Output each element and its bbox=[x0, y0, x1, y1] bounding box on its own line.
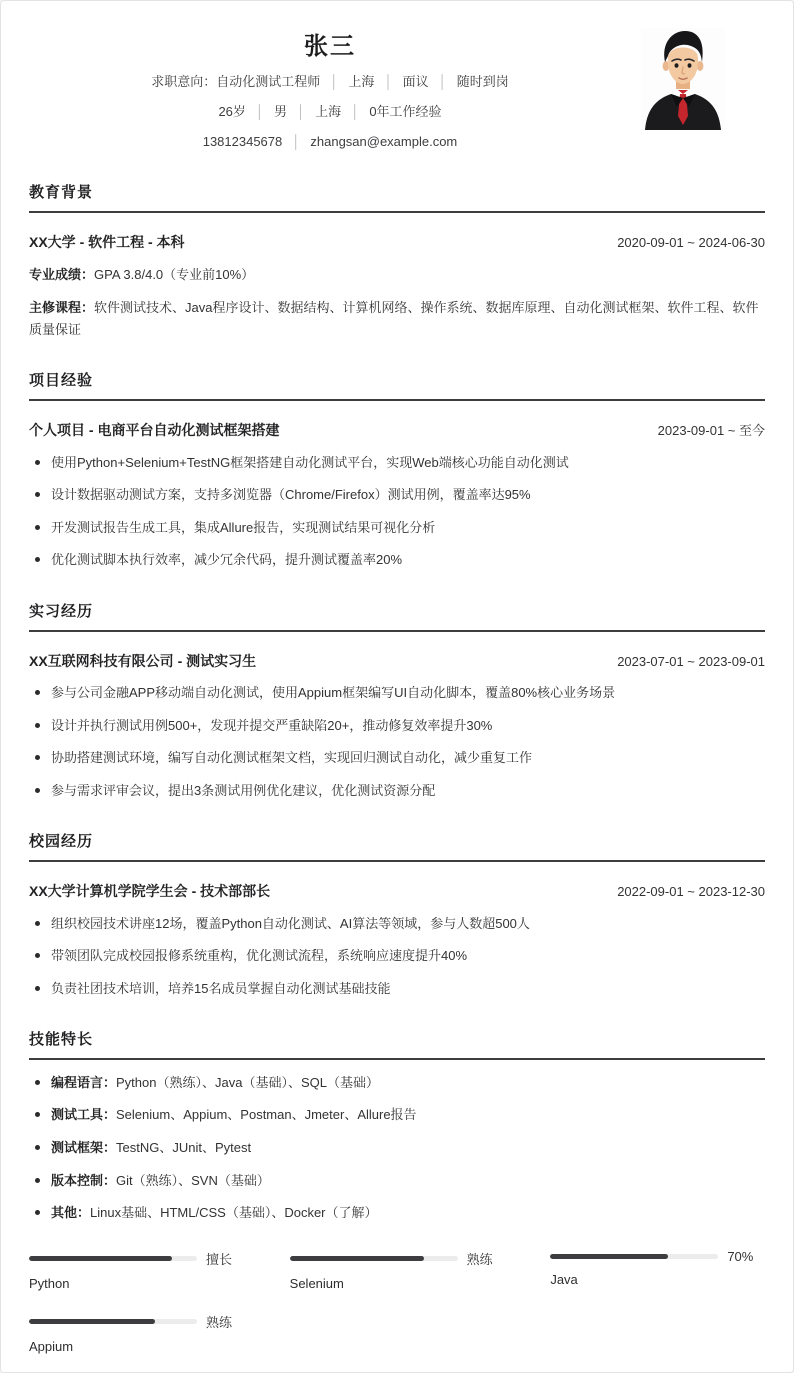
separator: │ bbox=[297, 104, 305, 119]
gender: 男 bbox=[274, 104, 287, 119]
email-address: zhangsan@example.com bbox=[310, 134, 457, 149]
bullet-text: 设计并执行测试用例500+，发现并提交严重缺陷20+，推动修复效率提升30% bbox=[51, 718, 492, 733]
list-item: 设计并执行测试用例500+，发现并提交严重缺陷20+，推动修复效率提升30% bbox=[29, 716, 765, 736]
contact-line-reach: 13812345678│zhangsan@example.com bbox=[29, 133, 631, 152]
project-bullet-list: 使用Python+Selenium+TestNG框架搭建自动化测试平台，实现We… bbox=[29, 453, 765, 571]
education-entry-head: XX大学 - 软件工程 - 本科 2020-09-01 ~ 2024-06-30 bbox=[29, 232, 765, 252]
section-projects: 项目经验 个人项目 - 电商平台自动化测试框架搭建 2023-09-01 ~ 至… bbox=[29, 369, 765, 571]
skill-bar-fill bbox=[29, 1319, 155, 1324]
skill-category-label: 其他： bbox=[51, 1205, 90, 1220]
candidate-name: 张三 bbox=[29, 31, 631, 62]
project-entry-date: 2023-09-01 ~ 至今 bbox=[658, 420, 765, 439]
campus-entry-title: XX大学计算机学院学生会 - 技术部部长 bbox=[29, 881, 270, 901]
campus-entry-head: XX大学计算机学院学生会 - 技术部部长 2022-09-01 ~ 2023-1… bbox=[29, 881, 765, 901]
skill-category-text: Selenium、Appium、Postman、Jmeter、Allure报告 bbox=[116, 1107, 417, 1122]
list-item: 带领团队完成校园报修系统重构，优化测试流程，系统响应速度提升40% bbox=[29, 946, 765, 966]
bullet-dot bbox=[35, 525, 40, 530]
education-gpa-line: 专业成绩：GPA 3.8/4.0（专业前10%） bbox=[29, 264, 765, 285]
skill-level-label: 擅长 bbox=[206, 1249, 232, 1268]
list-item: 参与需求评审会议，提出3条测试用例优化建议，优化测试资源分配 bbox=[29, 781, 765, 801]
skill-bar-fill bbox=[290, 1256, 424, 1261]
contact-line-intent: 求职意向：自动化测试工程师│上海│面议│随时到岗 bbox=[29, 73, 631, 92]
resume-page: 张三 求职意向：自动化测试工程师│上海│面议│随时到岗 26岁│男│上海│0年工… bbox=[0, 0, 794, 1373]
skill-level-label: 70% bbox=[727, 1249, 753, 1264]
bullet-dot bbox=[35, 986, 40, 991]
bullet-text: 带领团队完成校园报修系统重构，优化测试流程，系统响应速度提升40% bbox=[51, 948, 467, 963]
list-item: 负责社团技术培训，培养15名成员掌握自动化测试基础技能 bbox=[29, 979, 765, 999]
bar-row: 熟练 bbox=[29, 1312, 244, 1331]
list-item: 开发测试报告生成工具，集成Allure报告，实现测试结果可视化分析 bbox=[29, 518, 765, 538]
detail-label: 专业成绩： bbox=[29, 267, 94, 282]
contact-line-basic: 26岁│男│上海│0年工作经验 bbox=[29, 103, 631, 122]
skill-category-label: 测试工具： bbox=[51, 1107, 116, 1122]
skill-bar-track bbox=[29, 1319, 197, 1324]
bullet-dot bbox=[35, 460, 40, 465]
bullet-dot bbox=[35, 1080, 40, 1085]
list-item: 测试框架：TestNG、JUnit、Pytest bbox=[29, 1138, 765, 1158]
bullet-dot bbox=[35, 788, 40, 793]
bullet-dot bbox=[35, 953, 40, 958]
resume-header: 张三 求职意向：自动化测试工程师│上海│面议│随时到岗 26岁│男│上海│0年工… bbox=[29, 27, 765, 152]
section-heading-internship: 实习经历 bbox=[29, 600, 765, 632]
detail-text: GPA 3.8/4.0（专业前10%） bbox=[94, 267, 254, 282]
separator: │ bbox=[439, 74, 447, 89]
skill-level-label: 熟练 bbox=[467, 1249, 493, 1268]
skill-category-text: Linux基础、HTML/CSS（基础）、Docker（了解） bbox=[90, 1205, 378, 1220]
separator: │ bbox=[292, 134, 300, 149]
bullet-text: 开发测试报告生成工具，集成Allure报告，实现测试结果可视化分析 bbox=[51, 520, 435, 535]
list-item: 使用Python+Selenium+TestNG框架搭建自动化测试平台，实现We… bbox=[29, 453, 765, 473]
skill-name: Appium bbox=[29, 1339, 244, 1354]
skill-bars-grid: 擅长 Python 熟练 Selenium 70% Java 熟练 Appium bbox=[29, 1249, 765, 1354]
intent-availability: 随时到岗 bbox=[457, 74, 509, 89]
bar-row: 70% bbox=[550, 1249, 765, 1264]
list-item: 测试工具：Selenium、Appium、Postman、Jmeter、Allu… bbox=[29, 1105, 765, 1125]
list-item: 版本控制：Git（熟练）、SVN（基础） bbox=[29, 1171, 765, 1191]
section-internship: 实习经历 XX互联网科技有限公司 - 测试实习生 2023-07-01 ~ 20… bbox=[29, 600, 765, 802]
city: 上海 bbox=[315, 104, 341, 119]
bullet-dot bbox=[35, 755, 40, 760]
skill-bar-item-selenium: 熟练 Selenium bbox=[290, 1249, 505, 1291]
experience-years: 0年工作经验 bbox=[369, 104, 441, 119]
bullet-text: 协助搭建测试环境，编写自动化测试框架文档，实现回归测试自动化，减少重复工作 bbox=[51, 750, 532, 765]
section-heading-campus: 校园经历 bbox=[29, 830, 765, 862]
education-entry-title: XX大学 - 软件工程 - 本科 bbox=[29, 232, 185, 252]
intent-city: 上海 bbox=[348, 74, 374, 89]
skill-bar-fill bbox=[29, 1256, 172, 1261]
bullet-dot bbox=[35, 492, 40, 497]
bullet-text: 使用Python+Selenium+TestNG框架搭建自动化测试平台，实现We… bbox=[51, 455, 569, 470]
skill-name: Selenium bbox=[290, 1276, 505, 1291]
skill-category-text: Git（熟练）、SVN（基础） bbox=[116, 1173, 270, 1188]
bullet-dot bbox=[35, 1210, 40, 1215]
bullet-dot bbox=[35, 1178, 40, 1183]
education-entry-date: 2020-09-01 ~ 2024-06-30 bbox=[617, 235, 765, 250]
separator: │ bbox=[330, 74, 338, 89]
list-item: 协助搭建测试环境，编写自动化测试框架文档，实现回归测试自动化，减少重复工作 bbox=[29, 748, 765, 768]
internship-bullet-list: 参与公司金融APP移动端自动化测试，使用Appium框架编写UI自动化脚本，覆盖… bbox=[29, 683, 765, 801]
list-item: 优化测试脚本执行效率，减少冗余代码，提升测试覆盖率20% bbox=[29, 550, 765, 570]
section-education: 教育背景 XX大学 - 软件工程 - 本科 2020-09-01 ~ 2024-… bbox=[29, 181, 765, 340]
detail-label: 主修课程： bbox=[29, 300, 94, 315]
bar-row: 擅长 bbox=[29, 1249, 244, 1268]
campus-entry-date: 2022-09-01 ~ 2023-12-30 bbox=[617, 884, 765, 899]
bar-row: 熟练 bbox=[290, 1249, 505, 1268]
bullet-dot bbox=[35, 690, 40, 695]
list-item: 组织校园技术讲座12场，覆盖Python自动化测试、AI算法等领域，参与人数超5… bbox=[29, 914, 765, 934]
project-entry-title: 个人项目 - 电商平台自动化测试框架搭建 bbox=[29, 420, 279, 440]
education-courses-line: 主修课程：软件测试技术、Java程序设计、数据结构、计算机网络、操作系统、数据库… bbox=[29, 297, 765, 340]
list-item: 其他：Linux基础、HTML/CSS（基础）、Docker（了解） bbox=[29, 1203, 765, 1223]
section-heading-skills: 技能特长 bbox=[29, 1028, 765, 1060]
bullet-text: 负责社团技术培训，培养15名成员掌握自动化测试基础技能 bbox=[51, 981, 390, 996]
list-item: 设计数据驱动测试方案，支持多浏览器（Chrome/Firefox）测试用例，覆盖… bbox=[29, 485, 765, 505]
bullet-dot bbox=[35, 921, 40, 926]
section-campus: 校园经历 XX大学计算机学院学生会 - 技术部部长 2022-09-01 ~ 2… bbox=[29, 830, 765, 999]
age: 26岁 bbox=[218, 104, 245, 119]
header-text-block: 张三 求职意向：自动化测试工程师│上海│面议│随时到岗 26岁│男│上海│0年工… bbox=[29, 27, 631, 152]
internship-entry-title: XX互联网科技有限公司 - 测试实习生 bbox=[29, 651, 256, 671]
skill-category-label: 测试框架： bbox=[51, 1140, 116, 1155]
list-item: 编程语言：Python（熟练）、Java（基础）、SQL（基础） bbox=[29, 1073, 765, 1093]
separator: │ bbox=[256, 104, 264, 119]
skill-bar-track bbox=[290, 1256, 458, 1261]
skill-bar-item-appium: 熟练 Appium bbox=[29, 1312, 244, 1354]
skill-name: Python bbox=[29, 1276, 244, 1291]
skill-category-label: 版本控制： bbox=[51, 1173, 116, 1188]
profile-photo bbox=[641, 28, 725, 130]
bullet-text: 优化测试脚本执行效率，减少冗余代码，提升测试覆盖率20% bbox=[51, 552, 402, 567]
skill-bar-item-python: 擅长 Python bbox=[29, 1249, 244, 1291]
skills-bullet-list: 编程语言：Python（熟练）、Java（基础）、SQL（基础） 测试工具：Se… bbox=[29, 1073, 765, 1224]
project-entry-head: 个人项目 - 电商平台自动化测试框架搭建 2023-09-01 ~ 至今 bbox=[29, 420, 765, 440]
phone-number: 13812345678 bbox=[203, 134, 283, 149]
skill-category-text: Python（熟练）、Java（基础）、SQL（基础） bbox=[116, 1075, 379, 1090]
campus-bullet-list: 组织校园技术讲座12场，覆盖Python自动化测试、AI算法等领域，参与人数超5… bbox=[29, 914, 765, 999]
skill-bar-track bbox=[550, 1254, 718, 1259]
list-item: 参与公司金融APP移动端自动化测试，使用Appium框架编写UI自动化脚本，覆盖… bbox=[29, 683, 765, 703]
bullet-text: 组织校园技术讲座12场，覆盖Python自动化测试、AI算法等领域，参与人数超5… bbox=[51, 916, 530, 931]
internship-entry-head: XX互联网科技有限公司 - 测试实习生 2023-07-01 ~ 2023-09… bbox=[29, 651, 765, 671]
section-heading-projects: 项目经验 bbox=[29, 369, 765, 401]
avatar-illustration bbox=[641, 28, 725, 130]
skill-level-label: 熟练 bbox=[206, 1312, 232, 1331]
separator: │ bbox=[384, 74, 392, 89]
internship-entry-date: 2023-07-01 ~ 2023-09-01 bbox=[617, 654, 765, 669]
section-heading-education: 教育背景 bbox=[29, 181, 765, 213]
intent-salary: 面议 bbox=[403, 74, 429, 89]
skill-name: Java bbox=[550, 1272, 765, 1287]
bullet-dot bbox=[35, 723, 40, 728]
bullet-text: 参与公司金融APP移动端自动化测试，使用Appium框架编写UI自动化脚本，覆盖… bbox=[51, 685, 615, 700]
bullet-dot bbox=[35, 1145, 40, 1150]
skill-bar-fill bbox=[550, 1254, 668, 1259]
bullet-text: 设计数据驱动测试方案，支持多浏览器（Chrome/Firefox）测试用例，覆盖… bbox=[51, 487, 531, 502]
skill-category-text: TestNG、JUnit、Pytest bbox=[116, 1140, 251, 1155]
bullet-text: 参与需求评审会议，提出3条测试用例优化建议，优化测试资源分配 bbox=[51, 783, 435, 798]
bullet-dot bbox=[35, 557, 40, 562]
skill-category-label: 编程语言： bbox=[51, 1075, 116, 1090]
job-intent: 求职意向：自动化测试工程师 bbox=[151, 74, 320, 89]
section-skills: 技能特长 编程语言：Python（熟练）、Java（基础）、SQL（基础） 测试… bbox=[29, 1028, 765, 1223]
bullet-dot bbox=[35, 1112, 40, 1117]
separator: │ bbox=[351, 104, 359, 119]
skill-bar-item-java: 70% Java bbox=[550, 1249, 765, 1291]
detail-text: 软件测试技术、Java程序设计、数据结构、计算机网络、操作系统、数据库原理、自动… bbox=[29, 300, 758, 336]
skill-bar-track bbox=[29, 1256, 197, 1261]
